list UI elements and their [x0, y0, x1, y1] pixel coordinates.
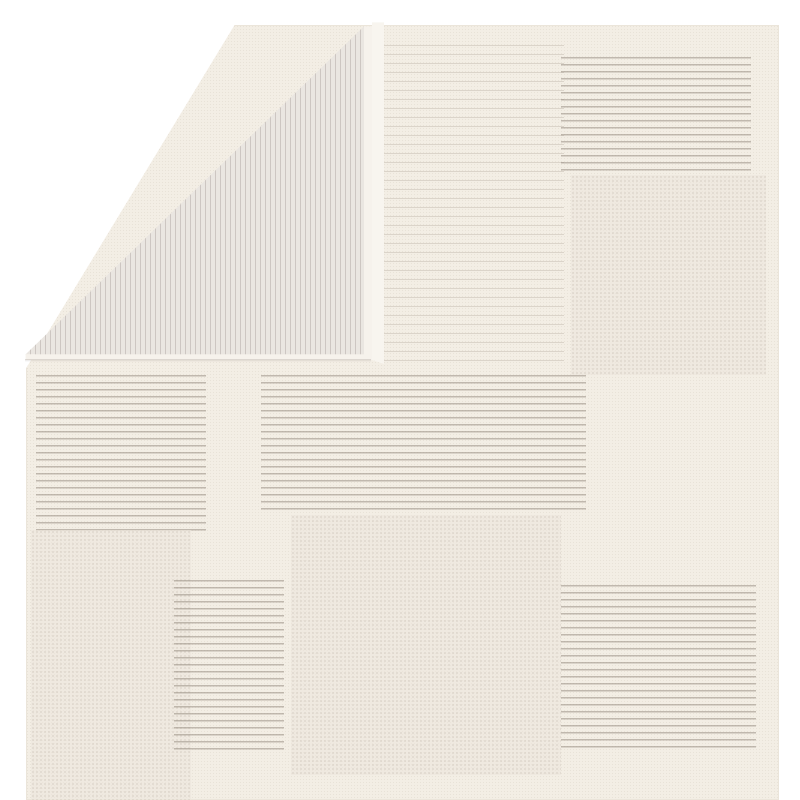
pattern-block-lower-center	[174, 580, 284, 755]
fold-shadow	[25, 359, 371, 362]
pattern-block-lower-left-speckle	[31, 530, 191, 800]
rug-face	[26, 25, 779, 800]
pattern-block-right-speckle	[571, 175, 766, 375]
pattern-block-middle-left	[36, 375, 206, 535]
pattern-block-middle-center	[261, 375, 586, 510]
pattern-block-top-right	[561, 57, 751, 172]
pattern-block-lower-right	[561, 585, 756, 750]
pattern-block-center-speckle	[291, 515, 561, 775]
product-photo	[0, 0, 800, 800]
pattern-block-top-center	[374, 45, 564, 365]
